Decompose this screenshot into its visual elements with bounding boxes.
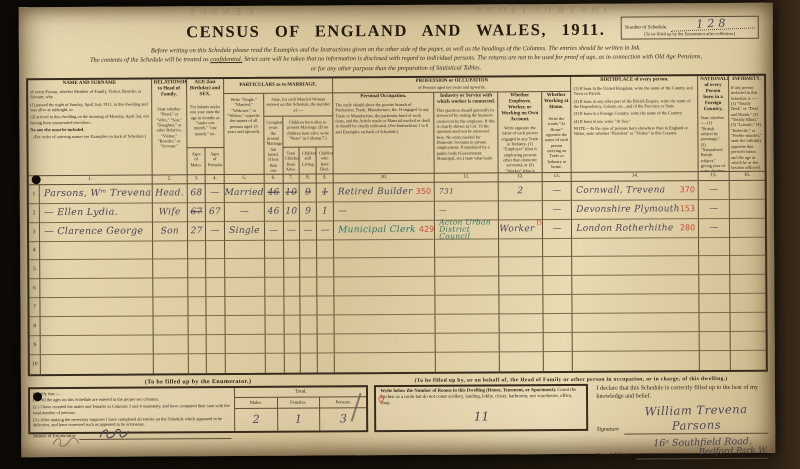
- row-number-cell: 8: [30, 317, 41, 336]
- entry-cell-ind: [435, 277, 499, 296]
- declaration-text: I declare that this Schedule is correctl…: [596, 383, 768, 400]
- entry-cell-marr: [225, 335, 265, 354]
- entry-cell-occ: [334, 258, 435, 278]
- entry-cell-years: [266, 354, 285, 373]
- entry-cell-died: [317, 240, 334, 259]
- header-ages-males: Ages of Males.: [187, 148, 206, 175]
- entry-cell-marr: [225, 240, 265, 259]
- entry-cell-age_f: [207, 316, 226, 335]
- postal-address-label: Postal Address: [597, 452, 632, 460]
- entry-cell-birth: [573, 294, 700, 314]
- entry-value-marr: Married: [225, 188, 264, 198]
- entry-cell-inf: [730, 256, 765, 275]
- entry-cell-living: [300, 240, 317, 259]
- entry-value-marr: Single: [229, 225, 260, 235]
- entry-value-nat: —: [709, 185, 718, 195]
- entry-value-died: 1: [322, 206, 328, 216]
- entry-cell-living: 9: [300, 202, 317, 221]
- entry-cell-living: [301, 259, 318, 278]
- col-number-2: 2.: [152, 175, 187, 184]
- entry-cell-age_f: 67: [206, 203, 225, 222]
- entry-cell-inf: [729, 181, 764, 200]
- entry-cell-name: [41, 335, 154, 355]
- entry-value-emp: 2: [517, 186, 523, 196]
- row-number-cell: 2: [29, 204, 40, 223]
- entry-cell-inf: [730, 294, 765, 313]
- entry-value-birth: Cornwall, Trevena: [576, 185, 665, 196]
- entry-cell-rel: Son: [153, 222, 188, 241]
- entry-cell-living: [301, 278, 318, 297]
- entry-value-age_f: 67: [209, 207, 221, 217]
- instructions-line-2: The contents of the Schedule will be tre…: [89, 52, 703, 74]
- entry-cell-age_m: [188, 278, 207, 297]
- entry-value-rel: Head.: [155, 188, 184, 198]
- header-children-died: Children who have Died.: [317, 147, 334, 174]
- entry-cell-living: 9: [300, 183, 317, 202]
- entry-cell-ind: [436, 314, 500, 333]
- row-number: 4: [33, 248, 36, 254]
- certify-text: I certify that :— (1.) All the ages on t…: [30, 388, 235, 432]
- col-number-8: 8.: [300, 174, 317, 183]
- entry-cell-died: 1: [317, 202, 334, 221]
- row-number-cell: 10: [30, 355, 41, 374]
- entry-cell-died: [318, 278, 335, 297]
- entry-value-died: —: [320, 225, 329, 235]
- entry-cell-name: [41, 298, 154, 318]
- col-number-11: 11.: [435, 173, 499, 182]
- entry-cell-occ: Retired Builder350: [334, 183, 435, 203]
- totals-persons-value: 3: [320, 408, 367, 430]
- entry-cell-name: [40, 260, 153, 280]
- entry-cell-rel: [153, 279, 188, 298]
- scanned-census-page: { "header": { "ghost_left": "INSTRUCTION…: [0, 0, 800, 469]
- entry-cell-age_f: —: [206, 222, 225, 241]
- entry-value-age_m: 67: [190, 207, 202, 217]
- entry-cell-nat: [699, 256, 730, 275]
- entry-value-age_m: 68: [190, 188, 202, 198]
- header-children-born: Children born alive to present Marriage.…: [283, 116, 334, 147]
- entry-value-home: —: [552, 224, 561, 234]
- col-number-9: 9.: [317, 174, 334, 183]
- row-number: 6: [33, 285, 36, 291]
- row-number: 1: [32, 191, 35, 197]
- hole-punch-top: [32, 175, 41, 184]
- entry-cell-nat: [699, 237, 730, 256]
- entry-cell-occ: [334, 239, 435, 259]
- entry-cell-home: [543, 333, 573, 352]
- entry-cell-inf: [730, 237, 765, 256]
- entry-cell-emp: WorkerD: [499, 220, 542, 239]
- col-number-15: 15.: [699, 172, 730, 181]
- entry-value-name: Parsons, Wᵐ Trevena: [44, 188, 151, 200]
- entry-cell-home: [543, 238, 573, 257]
- header-employer-worker: Whether Employer, Worker, or Working on …: [499, 92, 543, 173]
- entry-cell-occ: [334, 277, 435, 297]
- confidential-underlined: confidential.: [210, 56, 242, 63]
- entry-value-born: —: [287, 225, 296, 235]
- row-number-cell: 1: [29, 185, 40, 204]
- entry-cell-emp: [500, 258, 543, 277]
- entry-value-home: —: [552, 186, 561, 196]
- entry-cell-ind: [436, 296, 500, 315]
- entry-value-rel: Wife: [159, 207, 181, 217]
- entry-cell-birth: [573, 351, 700, 371]
- entry-cell-died: [318, 297, 335, 316]
- entry-cell-died: [318, 353, 335, 372]
- census-schedule-paper: INSTRUCTIONS CENSUS CENSUS OF ENGLAND AN…: [19, 3, 776, 458]
- entry-value-birth: Devonshire Plymouth: [576, 204, 680, 215]
- entry-cell-age_m: [189, 354, 208, 373]
- entry-cell-occ: [335, 353, 436, 373]
- totals-males-value: 2: [235, 408, 277, 430]
- entry-cell-born: —: [283, 221, 300, 240]
- entry-cell-age_f: [207, 335, 226, 354]
- entry-value-emp: Worker: [499, 224, 534, 234]
- totals-females-value: 1: [278, 408, 320, 430]
- entry-cell-age_m: [188, 241, 207, 260]
- entry-cell-ind: 731: [435, 182, 499, 201]
- entry-cell-ind: Acton Urban District Council: [435, 220, 499, 239]
- entry-cell-living: [301, 316, 318, 335]
- entry-cell-birth: Cornwall, Trevena370: [572, 181, 699, 201]
- entry-cell-ind: [436, 352, 500, 371]
- signature-label: Signature: [597, 427, 619, 435]
- entry-value-living: 9: [305, 206, 311, 216]
- entry-value-age_f: —: [210, 226, 219, 236]
- entry-cell-occ: Municipal Clerk429: [334, 220, 435, 240]
- entry-value-years: —: [269, 225, 278, 235]
- entry-value-age_f: —: [210, 188, 219, 198]
- entry-value-born: 10: [285, 206, 297, 216]
- entry-cell-name: [40, 241, 153, 261]
- row-number: 5: [33, 267, 36, 273]
- entry-cell-occ: [334, 296, 435, 316]
- entry-cell-died: [318, 315, 335, 334]
- entry-cell-years: 46: [265, 202, 284, 221]
- entry-cell-rel: [153, 316, 188, 335]
- entry-cell-years: [266, 316, 285, 335]
- header-name-surname: NAME AND SURNAME of every Person, whethe…: [28, 79, 152, 176]
- red-enumerator-code: 280: [680, 224, 695, 232]
- header-working-at-home: Whether Working at Home. Write the words…: [542, 92, 572, 173]
- entry-cell-nat: [700, 313, 731, 332]
- entry-cell-marr: [225, 297, 265, 316]
- entry-cell-born: [284, 297, 301, 316]
- form-footer: (To be filled up by the Enumerator.) I c…: [28, 375, 768, 463]
- entry-cell-age_f: [207, 354, 226, 373]
- entry-cell-occ: —: [334, 202, 435, 222]
- entry-cell-age_f: [206, 241, 225, 260]
- rooms-count-value: 11: [380, 409, 582, 426]
- entry-cell-years: —: [265, 221, 284, 240]
- declaration-block: I declare that this Schedule is correctl…: [596, 382, 768, 459]
- header-industry: Industry or Service with which worker is…: [434, 92, 499, 173]
- entry-cell-inf: [730, 199, 765, 218]
- red-code-annotation: D: [537, 219, 542, 227]
- entry-value-ind: Acton Urban District Council: [439, 218, 498, 239]
- entry-cell-home: [543, 295, 573, 314]
- entry-cell-rel: Wife: [152, 203, 187, 222]
- header-relationship: RELATIONSHIP to Head of Family. State wh…: [152, 79, 188, 175]
- header-total-children: Total Children Born Alive.: [283, 147, 300, 174]
- entry-cell-marr: [226, 354, 266, 373]
- householder-section: (To be filled up by, or on behalf of, th…: [374, 375, 768, 461]
- entry-value-living: —: [304, 225, 313, 235]
- entry-cell-age_m: [188, 297, 207, 316]
- entry-cell-rel: [153, 241, 188, 260]
- entry-cell-marr: Single: [225, 221, 265, 240]
- entry-value-occ: —: [338, 206, 347, 216]
- col-number-13: 13.: [542, 173, 572, 182]
- entry-value-born: 10: [285, 187, 297, 197]
- entry-cell-emp: 2: [499, 182, 542, 201]
- entry-cell-inf: [730, 332, 765, 351]
- header-marriage-group: PARTICULARS as to MARRIAGE.: [224, 78, 333, 94]
- entry-cell-age_m: [188, 316, 207, 335]
- entry-value-occ: Municipal Clerk: [338, 224, 416, 234]
- entry-cell-age_f: —: [206, 184, 225, 203]
- entry-value-rel: Son: [161, 226, 179, 236]
- entry-value-died: 1: [322, 187, 328, 197]
- entry-cell-age_m: 27: [188, 222, 207, 241]
- col-number-12: 12.: [499, 173, 542, 182]
- entry-cell-born: 10: [283, 183, 300, 202]
- form-header: CENSUS OF ENGLAND AND WALES, 1911. Numbe…: [19, 3, 773, 48]
- entry-cell-inf: [730, 275, 765, 294]
- entry-cell-years: [265, 278, 284, 297]
- entry-cell-living: [301, 334, 318, 353]
- entry-cell-emp: [500, 314, 543, 333]
- header-married-woman: State, for each Married Woman entered on…: [264, 93, 333, 116]
- col-number-5: 5.: [224, 175, 264, 184]
- entry-cell-emp: [500, 333, 543, 352]
- entry-cell-emp: [500, 276, 543, 295]
- entry-cell-age_m: 67: [188, 203, 207, 222]
- entry-value-years: 46: [268, 206, 280, 216]
- entry-cell-born: 10: [283, 202, 300, 221]
- entry-cell-ind: [435, 239, 499, 258]
- header-age-sex: AGE (last Birthday) and SEX. For Infants…: [187, 79, 224, 148]
- entry-cell-born: [284, 259, 301, 278]
- row-number-cell: 9: [30, 336, 41, 355]
- row-number-cell: 3: [29, 223, 40, 242]
- entry-cell-name: [41, 317, 154, 337]
- row-number-cell: 7: [29, 298, 40, 317]
- entry-cell-marr: Married: [225, 184, 265, 203]
- row-number: 9: [33, 342, 36, 348]
- col-number-16: 16.: [729, 172, 764, 181]
- entry-value-birth: London Rotherhithe: [576, 223, 673, 234]
- entry-value-home: —: [552, 205, 561, 215]
- header-marriage-status: Write "Single," "Married," "Widower," or…: [224, 94, 265, 175]
- row-number: 7: [33, 304, 36, 310]
- totals-females-label: Females.: [278, 397, 320, 408]
- entry-cell-emp: [499, 201, 542, 220]
- header-infirmity: INFIRMITY. If any person included in thi…: [729, 76, 765, 172]
- entry-cell-birth: [573, 313, 700, 333]
- row-number-cell: 4: [29, 242, 40, 261]
- entry-value-nat: —: [709, 204, 718, 214]
- entry-cell-birth: Devonshire Plymouth153: [572, 200, 699, 220]
- entry-cell-marr: —: [225, 203, 265, 222]
- row-number: 3: [33, 229, 36, 235]
- entry-cell-inf: [730, 313, 765, 332]
- entry-cell-rel: [153, 335, 188, 354]
- enumerator-initials-signature: [80, 429, 232, 440]
- schedule-number-value: 128: [670, 17, 755, 31]
- col-number-4: 4.: [206, 175, 225, 184]
- entry-value-years: 46: [268, 187, 280, 197]
- entry-cell-birth: [573, 332, 700, 352]
- entry-cell-age_f: [207, 297, 226, 316]
- row-number: 10: [32, 361, 38, 367]
- entry-cell-marr: [225, 278, 265, 297]
- entry-cell-name: — Ellen Lydia.: [40, 203, 153, 223]
- entry-cell-name: [41, 354, 154, 374]
- entry-cell-birth: [573, 275, 700, 295]
- entry-cell-occ: [335, 315, 436, 335]
- entry-cell-birth: [572, 238, 699, 258]
- entry-cell-nat: [700, 332, 731, 351]
- red-enumerator-code: 429: [419, 225, 434, 233]
- entry-cell-years: [265, 259, 284, 278]
- header-birthplace: BIRTHPLACE of every person. (1) If born …: [571, 76, 698, 173]
- entry-cell-age_m: [189, 335, 208, 354]
- entry-cell-nat: [700, 351, 731, 370]
- entry-value-name: — Ellen Lydia.: [44, 207, 118, 218]
- entry-cell-home: [543, 352, 573, 371]
- red-enumerator-code: 350: [416, 188, 431, 196]
- entry-cell-died: 1: [317, 183, 334, 202]
- entry-cell-home: [543, 276, 573, 295]
- entry-value-name: — Clarence George: [44, 226, 143, 238]
- entry-cell-occ: [335, 334, 436, 354]
- rooms-box: Write below the Number of Rooms in this …: [374, 384, 588, 432]
- entry-cell-name: — Clarence George: [40, 222, 153, 242]
- entry-cell-nat: —: [699, 200, 730, 219]
- entry-cell-rel: [153, 297, 188, 316]
- entry-cell-home: [543, 314, 573, 333]
- header-children-living: Children still Living.: [300, 147, 317, 174]
- entry-cell-rel: [153, 354, 188, 373]
- entry-cell-living: [301, 353, 318, 372]
- entry-cell-years: [266, 297, 285, 316]
- entry-cell-rel: [153, 260, 188, 279]
- row-number: 2: [33, 210, 36, 216]
- entry-cell-nat: —: [699, 181, 730, 200]
- entry-value-ind: —: [439, 207, 447, 214]
- entry-cell-living: —: [300, 221, 317, 240]
- row-number-cell: 6: [29, 279, 40, 298]
- entry-cell-years: 46: [265, 184, 284, 203]
- entry-value-ind: 731: [439, 188, 454, 195]
- entry-value-living: 9: [305, 187, 311, 197]
- census-table: NAME AND SURNAME of every Person, whethe…: [26, 74, 768, 376]
- col-number-3: 3.: [188, 175, 207, 184]
- col-number-6: 6.: [265, 175, 284, 184]
- entry-value-marr: —: [240, 207, 249, 217]
- entry-cell-age_m: 68: [188, 184, 207, 203]
- entry-cell-years: [265, 240, 284, 259]
- entry-cell-died: [317, 259, 334, 278]
- entry-cell-born: [284, 335, 301, 354]
- entry-cell-ind: [436, 333, 500, 352]
- rooms-text-bold: Write below the Number of Rooms in this …: [380, 388, 556, 394]
- entry-cell-born: [284, 240, 301, 259]
- entry-cell-inf: [730, 351, 765, 370]
- entry-cell-nat: [700, 294, 731, 313]
- entry-cell-age_f: [207, 278, 226, 297]
- entry-cell-born: [284, 278, 301, 297]
- postal-address-value-2: Bedford Park W.: [636, 446, 768, 460]
- entry-cell-living: [301, 297, 318, 316]
- entry-cell-emp: [500, 295, 543, 314]
- entry-cell-marr: [225, 259, 265, 278]
- totals-males-label: Males.: [235, 397, 277, 408]
- entry-cell-home: —: [542, 182, 572, 201]
- entry-value-occ: Retired Builder: [338, 187, 413, 197]
- entry-cell-name: [41, 279, 154, 299]
- row-number-cell: 5: [29, 261, 40, 280]
- schedule-number-box: Number of Schedule. 128 [To be filled up…: [621, 16, 759, 40]
- entry-cell-emp: [499, 239, 542, 258]
- entry-cell-home: —: [543, 201, 573, 220]
- enumerator-section: (To be filled up by the Enumerator.) I c…: [28, 378, 369, 434]
- header-profession-group: PROFESSION or OCCUPATION of Persons aged…: [333, 77, 571, 93]
- entry-cell-emp: [500, 352, 543, 371]
- entry-cell-birth: [573, 257, 700, 277]
- totals-table: Total. Males. Females. Persons. 2 1 3: [234, 387, 366, 431]
- entry-cell-ind: [435, 258, 499, 277]
- instructions-paragraph: Before writing on this Schedule please r…: [89, 43, 703, 75]
- header-ages-females: Ages of Females.: [206, 148, 225, 175]
- entry-cell-died: —: [317, 221, 334, 240]
- entry-cell-born: [284, 353, 301, 372]
- entry-cell-born: [284, 316, 301, 335]
- col-number-7: 7.: [283, 174, 300, 183]
- entry-cell-inf: [730, 218, 765, 237]
- header-years-married: Completed years the present Marriage has…: [264, 117, 283, 175]
- entry-value-age_m: 27: [191, 226, 203, 236]
- header-nationality: NATIONALITY of every Person born in a Fo…: [698, 76, 729, 172]
- entry-cell-nat: [699, 275, 730, 294]
- entry-cell-nat: —: [699, 219, 730, 238]
- entry-cell-home: —: [543, 220, 573, 239]
- hole-punch-bottom: [33, 392, 42, 401]
- corner-pencil-mark: [51, 435, 81, 449]
- red-enumerator-code: 370: [680, 186, 695, 194]
- entry-cell-name: Parsons, Wᵐ Trevena: [40, 184, 153, 204]
- entry-value-nat: —: [709, 223, 718, 233]
- entry-cell-birth: London Rotherhithe280: [572, 219, 699, 239]
- entry-cell-age_m: [188, 260, 207, 279]
- schedule-number-label: Number of Schedule.: [625, 25, 668, 30]
- entry-cell-rel: Head.: [152, 184, 187, 203]
- enumerator-certify-box: I certify that :— (1.) All the ages on t…: [28, 385, 369, 434]
- header-personal-occupation: Personal Occupation. The reply should sh…: [333, 93, 435, 175]
- entry-cell-marr: [225, 316, 265, 335]
- entry-cell-died: [318, 334, 335, 353]
- row-number: 8: [33, 323, 36, 329]
- schedule-number-note: [To be filled up by the Enumerator after…: [625, 31, 755, 37]
- entry-cell-years: [266, 335, 285, 354]
- entry-cell-age_f: [207, 259, 226, 278]
- signature-value: William Trevena Parsons: [624, 401, 769, 434]
- red-enumerator-code: 153: [680, 205, 695, 213]
- entry-cell-home: [543, 257, 573, 276]
